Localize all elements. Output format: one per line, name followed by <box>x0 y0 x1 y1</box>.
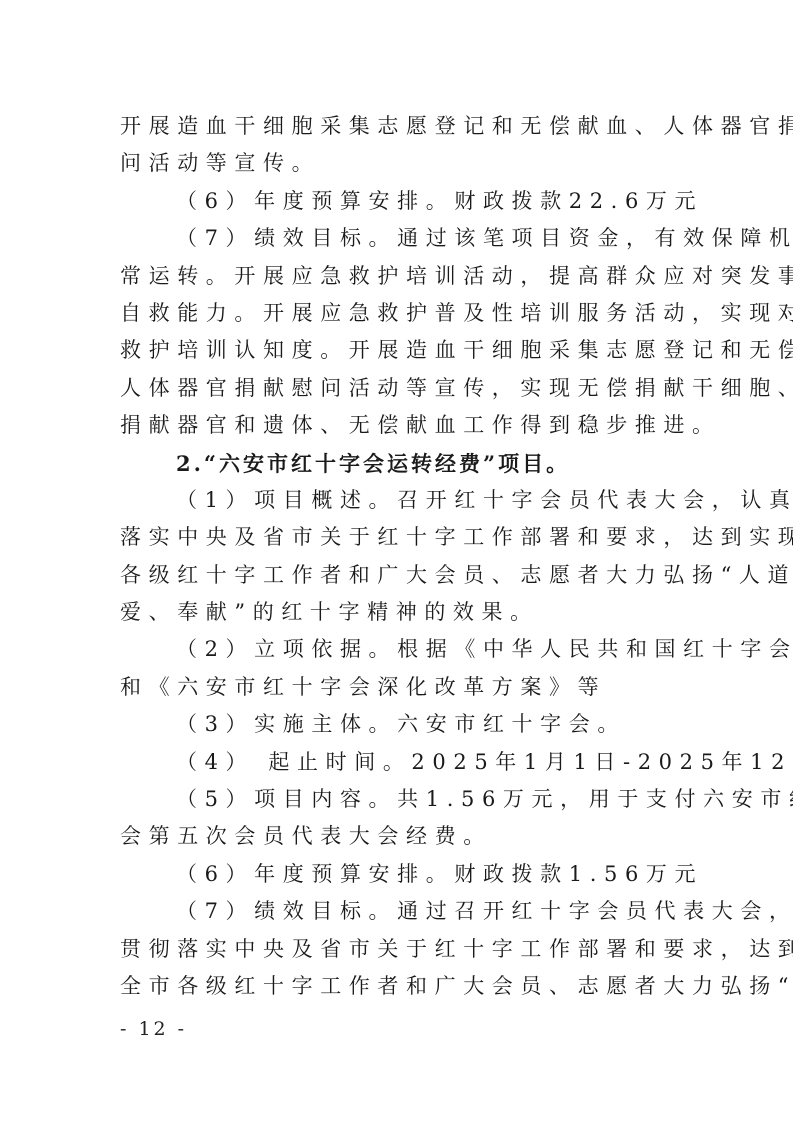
text-line-2: 问活动等宣传。 <box>120 145 676 182</box>
text-line-4: （7）绩效目标。通过该笔项目资金，有效保障机关正 <box>120 220 676 257</box>
text-line-22: （7）绩效目标。通过召开红十字会员代表大会，认真 <box>120 893 676 930</box>
document-body: 开展造血干细胞采集志愿登记和无偿献血、人体器官捐献慰 问活动等宣传。 （6）年度… <box>120 108 676 1005</box>
text-line-23: 贯彻落实中央及省市关于红十字工作部署和要求，达到实现 <box>120 931 676 968</box>
section-heading: 2.“六安市红十字会运转经费”项目。 <box>120 445 676 482</box>
text-line-11: （1）项目概述。召开红十字会员代表大会，认真贯彻 <box>120 482 676 519</box>
text-line-20: 会第五次会员代表大会经费。 <box>120 818 676 855</box>
page-number: - 12 - <box>120 1018 187 1040</box>
text-line-16: 和《六安市红十字会深化改革方案》等 <box>120 669 676 706</box>
text-line-3: （6）年度预算安排。财政拨款22.6万元 <box>120 183 676 220</box>
text-line-8: 人体器官捐献慰问活动等宣传，实现无偿捐献干细胞、无偿 <box>120 370 676 407</box>
text-line-7: 救护培训认知度。开展造血干细胞采集志愿登记和无偿献血、 <box>120 332 676 369</box>
text-line-17: （3）实施主体。六安市红十字会。 <box>120 706 676 743</box>
text-line-12: 落实中央及省市关于红十字工作部署和要求，达到实现全市 <box>120 519 676 556</box>
text-line-6: 自救能力。开展应急救护普及性培训服务活动，实现对应急 <box>120 295 676 332</box>
text-line-14: 爱、奉献”的红十字精神的效果。 <box>120 594 676 631</box>
text-line-19: （5）项目内容。共1.56万元，用于支付六安市红十字 <box>120 781 676 818</box>
text-line-24: 全市各级红十字工作者和广大会员、志愿者大力弘扬“人道、 <box>120 968 676 1005</box>
text-line-21: （6）年度预算安排。财政拨款1.56万元 <box>120 856 676 893</box>
text-line-5: 常运转。开展应急救护培训活动，提高群众应对突发事件的 <box>120 258 676 295</box>
text-line-18: （4） 起止时间。2025年1月1日-2025年12月31日。 <box>120 744 676 781</box>
text-line-13: 各级红十字工作者和广大会员、志愿者大力弘扬“人道、博 <box>120 557 676 594</box>
text-line-9: 捐献器官和遗体、无偿献血工作得到稳步推进。 <box>120 407 676 444</box>
text-line-15: （2）立项依据。根据《中华人民共和国红十字会法》 <box>120 631 676 668</box>
text-line-1: 开展造血干细胞采集志愿登记和无偿献血、人体器官捐献慰 <box>120 108 676 145</box>
